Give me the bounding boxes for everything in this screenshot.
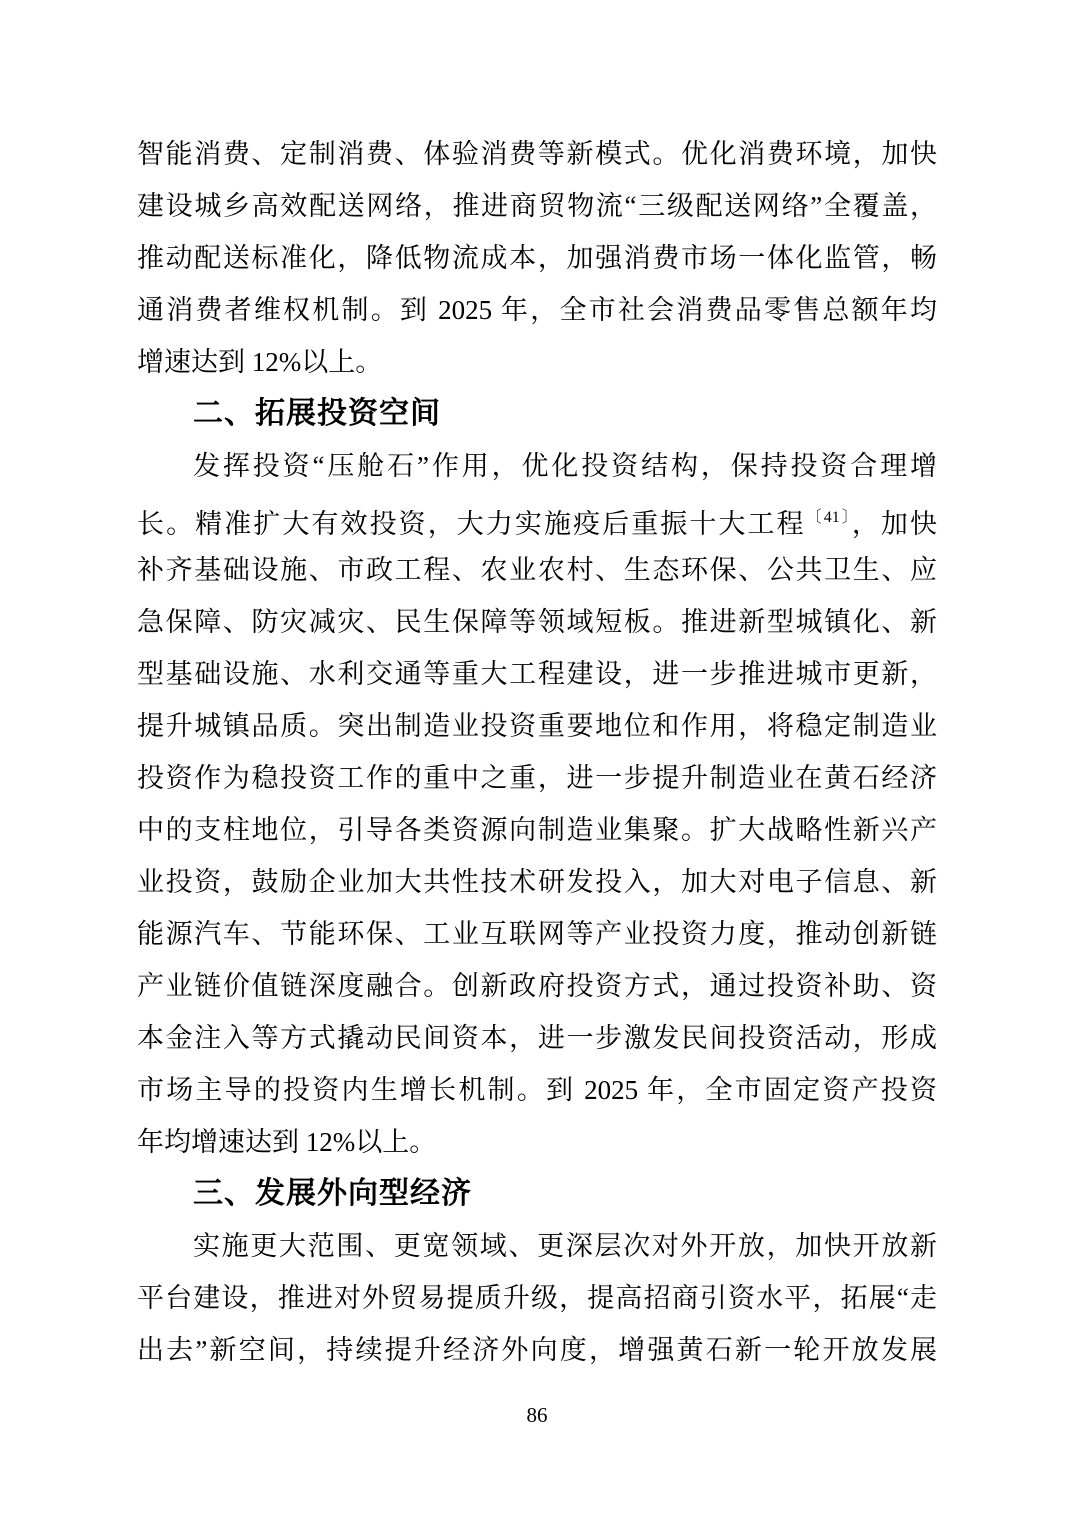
body-line: 能源汽车、节能环保、工业互联网等产业投资力度，推动创新链 (137, 908, 937, 960)
body-line-with-footnote: 长。精准扩大有效投资，大力实施疫后重振十大工程〔41〕，加快 (137, 492, 937, 544)
page-body: 智能消费、定制消费、体验消费等新模式。优化消费环境，加快 建设城乡高效配送网络，… (137, 128, 937, 1376)
body-line: 实施更大范围、更宽领域、更深层次对外开放，加快开放新 (137, 1220, 937, 1272)
body-line-text: ，加快 (852, 509, 937, 539)
body-line-text: 长。精准扩大有效投资，大力实施疫后重振十大工程 (137, 509, 806, 539)
body-line: 业投资，鼓励企业加大共性技术研发投入，加大对电子信息、新 (137, 856, 937, 908)
body-line: 增速达到 12%以上。 (137, 336, 937, 388)
document-page: 智能消费、定制消费、体验消费等新模式。优化消费环境，加快 建设城乡高效配送网络，… (0, 0, 1074, 1520)
body-line: 补齐基础设施、市政工程、农业农村、生态环保、公共卫生、应 (137, 544, 937, 596)
body-line: 产业链价值链深度融合。创新政府投资方式，通过投资补助、资 (137, 960, 937, 1012)
body-line: 提升城镇品质。突出制造业投资重要地位和作用，将稳定制造业 (137, 700, 937, 752)
body-line: 年均增速达到 12%以上。 (137, 1116, 937, 1168)
body-line: 通消费者维权机制。到 2025 年，全市社会消费品零售总额年均 (137, 284, 937, 336)
page-number: 86 (0, 1402, 1074, 1428)
body-line: 发挥投资“压舱石”作用，优化投资结构，保持投资合理增 (137, 440, 937, 492)
body-line: 智能消费、定制消费、体验消费等新模式。优化消费环境，加快 (137, 128, 937, 180)
body-line: 出去”新空间，持续提升经济外向度，增强黄石新一轮开放发展 (137, 1324, 937, 1376)
body-line: 中的支柱地位，引导各类资源向制造业集聚。扩大战略性新兴产 (137, 804, 937, 856)
footnote-ref-41: 〔41〕 (806, 509, 852, 526)
body-line: 平台建设，推进对外贸易提质升级，提高招商引资水平，拓展“走 (137, 1272, 937, 1324)
body-line: 型基础设施、水利交通等重大工程建设，进一步推进城市更新， (137, 648, 937, 700)
body-line: 市场主导的投资内生增长机制。到 2025 年，全市固定资产投资 (137, 1064, 937, 1116)
section-heading-3: 三、发展外向型经济 (137, 1168, 937, 1220)
body-line: 推动配送标准化，降低物流成本，加强消费市场一体化监管，畅 (137, 232, 937, 284)
section-heading-2: 二、拓展投资空间 (137, 388, 937, 440)
body-line: 投资作为稳投资工作的重中之重，进一步提升制造业在黄石经济 (137, 752, 937, 804)
body-line: 建设城乡高效配送网络，推进商贸物流“三级配送网络”全覆盖， (137, 180, 937, 232)
body-line: 急保障、防灾减灾、民生保障等领域短板。推进新型城镇化、新 (137, 596, 937, 648)
body-line: 本金注入等方式撬动民间资本，进一步激发民间投资活动，形成 (137, 1012, 937, 1064)
